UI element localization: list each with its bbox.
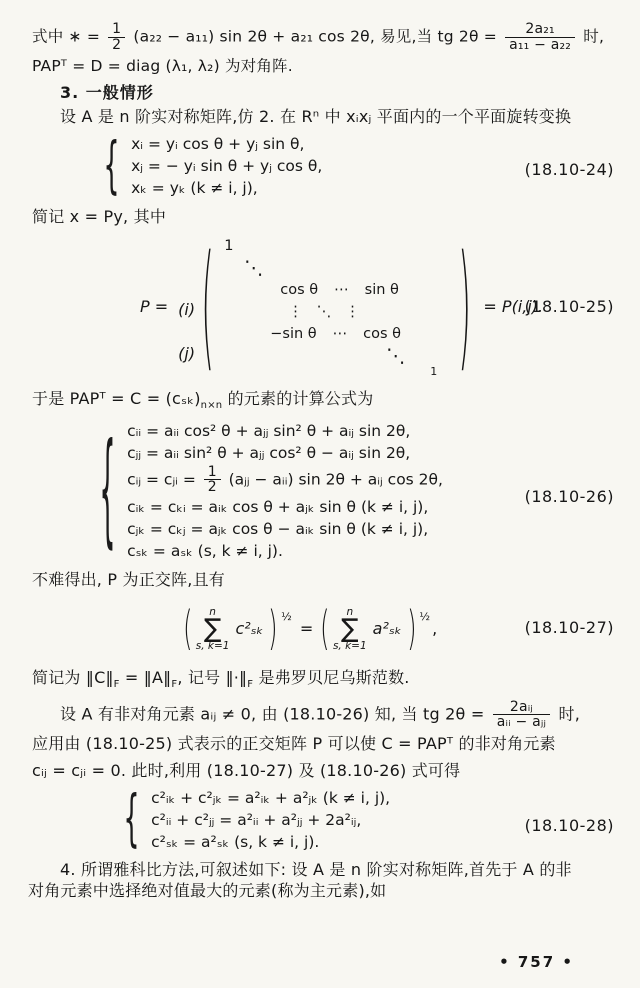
equation-line: cₛₖ = aₛₖ (s, k ≠ i, j). (127, 541, 443, 561)
fraction-denominator: 2 (204, 479, 221, 495)
paragraph-elements-formula: 于是 PAPᵀ = C = (cₛₖ)n×n 的元素的计算公式为 (32, 389, 620, 412)
sum-body: c²ₛₖ (235, 619, 263, 640)
left-brace: { (123, 780, 139, 860)
equation-line: c²ᵢₖ + c²ⱼₖ = a²ᵢₖ + a²ⱼₖ (k ≠ i, j), (151, 788, 390, 808)
equation-18-10-24: { xᵢ = yᵢ cos θ + yⱼ sin θ, xⱼ = − yᵢ si… (102, 134, 620, 198)
exponent-half: ½ (419, 610, 430, 624)
equation-line: xᵢ = yᵢ cos θ + yⱼ sin θ, (131, 134, 322, 154)
left-brace: { (99, 411, 115, 571)
text-run: 的元素的计算公式为 (222, 389, 373, 408)
paragraph-shorthand: 简记 x = Py, 其中 (32, 207, 620, 228)
row-label-j: (j) (178, 343, 195, 365)
text-run: 时, (553, 704, 580, 723)
sigma-symbol: ∑ (341, 618, 359, 641)
left-paren: ( (320, 599, 329, 659)
left-paren: ( (183, 599, 192, 659)
comma: , (432, 619, 437, 640)
diagonal-dots-lower: ⋱ (218, 345, 454, 367)
equation-number: (18.10-24) (525, 160, 614, 181)
equation-line: cⱼₖ = cₖⱼ = aⱼₖ cos θ − aᵢₖ sin θ (k ≠ i… (127, 519, 443, 539)
paragraph-jacobi-method-cont: 对角元素中选择绝对值最大的元素(称为主元素),如 (28, 881, 620, 902)
equation-line: cᵢᵢ = aᵢᵢ cos² θ + aⱼⱼ sin² θ + aᵢⱼ sin … (127, 421, 443, 441)
matrix-lhs: P = (140, 297, 168, 318)
page-number: • 757 • (499, 953, 574, 973)
cos-entry: cos θ (280, 282, 318, 298)
text-run: 是弗罗贝尼乌斯范数. (253, 668, 409, 687)
paragraph-cij-zero: cᵢⱼ = cⱼᵢ = 0. 此时,利用 (18.10-27) 及 (18.10… (32, 761, 620, 782)
equals-sign: = (300, 619, 313, 640)
equation-18-10-26: { cᵢᵢ = aᵢᵢ cos² θ + aⱼⱼ sin² θ + aᵢⱼ si… (98, 421, 620, 562)
text-run: 时, (578, 28, 604, 46)
scanned-textbook-page: 式中 ∗ = 12 (a₂₂ − a₁₁) sin 2θ + a₂₁ cos 2… (0, 0, 640, 988)
fraction-denominator: aᵢᵢ − aⱼⱼ (493, 714, 551, 730)
matrix-entry-1: 1 (218, 235, 454, 257)
text-run: (a₂₂ − a₁₁) sin 2θ + a₂₁ cos 2θ, 易见,当 tg… (128, 28, 502, 46)
equation-line: xₖ = yₖ (k ≠ i, j), (131, 178, 322, 198)
text-run: 设 A 有非对角元素 aᵢⱼ ≠ 0, 由 (18.10-26) 知, 当 tg… (60, 704, 490, 723)
paragraph-jacobi-method: 4. 所谓雅科比方法,可叙述如下: 设 A 是 n 阶实对称矩阵,首先于 A 的… (32, 860, 620, 881)
equation-number: (18.10-28) (525, 816, 614, 837)
sum-lower-limit: s, k=1 (196, 641, 230, 652)
fraction-tg2theta: 2a₂₁a₁₁ − a₂₂ (505, 22, 575, 52)
text-run: 于是 PAPᵀ = C = (cₛₖ) (32, 389, 201, 408)
paragraph-orthogonal: 不难得出, P 为正交阵,且有 (32, 570, 620, 591)
text-run: 式中 ∗ = (32, 28, 105, 46)
sigma-symbol: ∑ (204, 618, 222, 641)
text-run: = ‖A‖ (120, 668, 172, 687)
equation-number: (18.10-26) (525, 487, 614, 508)
formula-line-star: 式中 ∗ = 12 (a₂₂ − a₁₁) sin 2θ + a₂₁ cos 2… (32, 22, 620, 52)
fraction-denominator: a₁₁ − a₂₂ (505, 37, 575, 53)
matrix-size-subscript: n×n (201, 401, 223, 412)
row-label-i: (i) (178, 299, 195, 321)
equation-line-with-fraction: cᵢⱼ = cⱼᵢ = 12 (aⱼⱼ − aᵢᵢ) sin 2θ + aᵢⱼ … (127, 465, 443, 495)
fraction-numerator: 2a₂₁ (521, 22, 559, 37)
right-paren: ) (407, 599, 416, 659)
vertical-dots-row: ⋮⋱⋮ (218, 301, 454, 323)
fraction-numerator: 1 (204, 465, 221, 480)
equation-line: c²ᵢᵢ + c²ⱼⱼ = a²ᵢᵢ + a²ⱼⱼ + 2a²ᵢⱼ, (151, 810, 390, 830)
fraction-one-half: 12 (204, 465, 221, 495)
paragraph-setup: 设 A 是 n 阶实对称矩阵,仿 2. 在 Rⁿ 中 xᵢxⱼ 平面内的一个平面… (32, 107, 620, 128)
sum-body: a²ₛₖ (373, 619, 402, 640)
left-paren: ( (201, 219, 214, 396)
matrix-row-labels: (i) (j) (178, 249, 195, 365)
summation: n∑s, k=1 (196, 607, 230, 651)
fraction-numerator: 1 (108, 22, 125, 37)
rotation-matrix: 1 ⋱ cos θ⋯sin θ ⋮⋱⋮ −sin θ⋯cos θ ⋱ 1 (218, 235, 454, 379)
equation-18-10-25: P = (i) (j) ( 1 ⋱ cos θ⋯sin θ ⋮⋱⋮ −sin θ… (140, 235, 620, 379)
summation: n∑s, k=1 (333, 607, 367, 651)
right-paren: ) (269, 599, 278, 659)
cdots: ⋯ (333, 326, 348, 342)
equation-18-10-27: ( n∑s, k=1 c²ₛₖ ) ½ = ( n∑s, k=1 a²ₛₖ ) … (182, 596, 620, 662)
equation-number: (18.10-25) (525, 297, 614, 318)
equation-line: xⱼ = − yᵢ sin θ + yⱼ cos θ, (131, 156, 322, 176)
right-paren: ) (458, 219, 471, 396)
text-run: 简记为 ‖C‖ (32, 668, 114, 687)
equation-line: cⱼⱼ = aᵢᵢ sin² θ + aⱼⱼ cos² θ − aᵢⱼ sin … (127, 443, 443, 463)
fraction-tg2theta-ij: 2aᵢⱼaᵢᵢ − aⱼⱼ (493, 700, 551, 730)
sum-lower-limit: s, k=1 (333, 641, 367, 652)
paragraph-apply-matrix: 应用由 (18.10-25) 式表示的正交矩阵 P 可以使 C = PAPᵀ 的… (32, 734, 620, 755)
equation-18-10-28: { c²ᵢₖ + c²ⱼₖ = a²ᵢₖ + a²ⱼₖ (k ≠ i, j), … (122, 788, 620, 852)
matrix-row-i: cos θ⋯sin θ (218, 279, 454, 301)
fraction-denominator: 2 (108, 37, 125, 53)
paragraph-frobenius: 简记为 ‖C‖F = ‖A‖F, 记号 ‖·‖F 是弗罗贝尼乌斯范数. (32, 668, 620, 691)
formula-line-diag: PAPᵀ = D = diag (λ₁, λ₂) 为对角阵. (32, 56, 620, 76)
fraction-numerator: 2aᵢⱼ (506, 700, 537, 715)
matrix-row-j: −sin θ⋯cos θ (218, 323, 454, 345)
diagonal-dots-upper: ⋱ (218, 257, 454, 279)
section-heading-general-case: 3. 一般情形 (32, 83, 620, 104)
text-run: cᵢⱼ = cⱼᵢ = (127, 470, 201, 488)
minus-sin-entry: −sin θ (270, 326, 316, 342)
equation-line: cᵢₖ = cₖᵢ = aᵢₖ cos θ + aⱼₖ sin θ (k ≠ i… (127, 497, 443, 517)
exponent-half: ½ (281, 610, 292, 624)
matrix-entry-n: 1 (218, 367, 454, 379)
text-run: (aⱼⱼ − aᵢᵢ) sin 2θ + aᵢⱼ cos 2θ, (224, 470, 443, 488)
equation-number: (18.10-27) (525, 618, 614, 639)
text-run: , 记号 ‖·‖ (177, 668, 247, 687)
equation-line: c²ₛₖ = a²ₛₖ (s, k ≠ i, j). (151, 832, 390, 852)
sin-entry: sin θ (365, 282, 399, 298)
cdots: ⋯ (334, 282, 349, 298)
left-brace: { (103, 126, 119, 206)
cos-entry: cos θ (363, 326, 401, 342)
fraction-one-half: 12 (108, 22, 125, 52)
paragraph-offdiagonal: 设 A 有非对角元素 aᵢⱼ ≠ 0, 由 (18.10-26) 知, 当 tg… (32, 700, 620, 730)
